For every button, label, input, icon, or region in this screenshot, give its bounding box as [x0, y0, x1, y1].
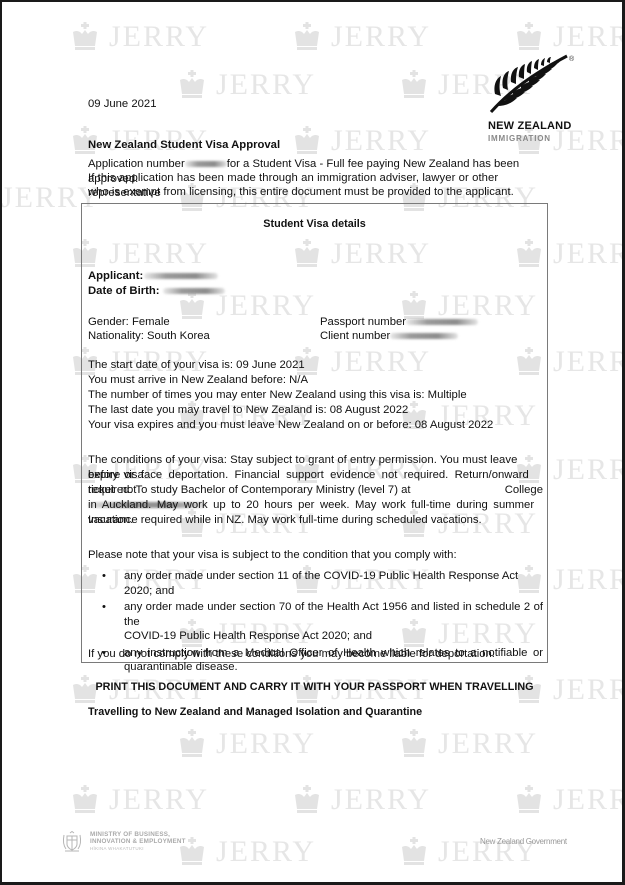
date-line-expiry: Your visa expires and you must leave New… [88, 418, 493, 433]
date-line-entries: The number of times you may enter New Ze… [88, 388, 467, 403]
dob-redacted [163, 288, 225, 294]
client-label: Client number [320, 330, 390, 342]
conditions-line-5: Insurance required while in NZ. May work… [88, 513, 482, 528]
bullet-line: any order made under section 11 of the C… [124, 569, 543, 598]
applicant-label: Applicant: [88, 270, 143, 282]
crown-icon [399, 729, 429, 759]
watermark: JERRY [514, 785, 625, 815]
watermark: JERRY [292, 22, 431, 52]
letter-title: New Zealand Student Visa Approval [88, 138, 280, 153]
watermark-text: JERRY [553, 565, 625, 595]
crown-icon [177, 70, 207, 100]
ministry-line-1: MINISTRY OF BUSINESS, [90, 831, 186, 838]
date-line-arrive: You must arrive in New Zealand before: N… [88, 373, 308, 388]
crown-icon [292, 22, 322, 52]
date-line-last-travel: The last date you may travel to New Zeal… [88, 403, 408, 418]
watermark-text: JERRY [109, 22, 209, 52]
watermark-text: JERRY [553, 22, 625, 52]
crown-icon [399, 70, 429, 100]
crown-icon [177, 729, 207, 759]
application-number-redacted [185, 161, 227, 167]
watermark-text: JERRY [553, 239, 625, 269]
crown-icon [514, 785, 544, 815]
ministry-maori-name: HĪKINA WHAKATUTUKI [90, 846, 186, 851]
crown-icon [292, 126, 322, 156]
watermark-text: JERRY [331, 126, 431, 156]
conditions-study-text: required. To study Bachelor of Contempor… [88, 484, 411, 496]
mbie-footer-logo: MINISTRY OF BUSINESS, INNOVATION & EMPLO… [60, 831, 186, 853]
bullet-line: any order made under section 70 of the H… [124, 600, 543, 629]
application-number-label: Application number [88, 158, 185, 170]
watermark: JERRY [177, 837, 316, 867]
watermark: JERRY [514, 22, 625, 52]
ministry-line-2: INNOVATION & EMPLOYMENT [90, 838, 186, 845]
watermark-text: JERRY [216, 837, 316, 867]
passport-label: Passport number [320, 316, 406, 328]
crown-icon [70, 22, 100, 52]
passport-row: Passport number [320, 315, 478, 330]
dob-row: Date of Birth: [88, 284, 225, 299]
watermark-text: JERRY [553, 347, 625, 377]
crown-icon [514, 22, 544, 52]
gender: Gender: Female [88, 315, 170, 330]
bullet-line: quarantinable disease. [124, 660, 543, 675]
watermark-text: JERRY [438, 729, 538, 759]
conditions-bullet-item: •any order made under section 70 of the … [88, 600, 543, 644]
letter-date: 09 June 2021 [88, 97, 156, 112]
client-redacted [390, 333, 458, 339]
applicant-redacted [144, 273, 218, 279]
watermark-text: JERRY [553, 785, 625, 815]
passport-redacted [406, 319, 478, 325]
logo-name: NEW ZEALAND [488, 120, 571, 132]
crown-icon [70, 785, 100, 815]
section-heading-travel: Travelling to New Zealand and Managed Is… [88, 705, 422, 720]
watermark-text: JERRY [216, 70, 316, 100]
nz-government-label: New Zealand Government [480, 837, 567, 846]
client-row: Client number [320, 329, 458, 344]
watermark-text: JERRY [553, 455, 625, 485]
silver-fern-icon [489, 54, 571, 116]
watermark: JERRY [292, 785, 431, 815]
bullet-icon: • [102, 569, 106, 584]
print-notice: PRINT THIS DOCUMENT AND CARRY IT WITH YO… [81, 680, 548, 695]
applicant-row: Applicant: [88, 269, 218, 284]
logo-subtitle: IMMIGRATION [488, 134, 551, 143]
dob-label: Date of Birth: [88, 285, 160, 297]
watermark-text: JERRY [553, 675, 625, 705]
registered-mark: ® [569, 56, 574, 63]
crown-icon [399, 837, 429, 867]
watermark: JERRY [399, 729, 538, 759]
watermark-text: JERRY [331, 785, 431, 815]
watermark-text: JERRY [216, 729, 316, 759]
date-line-start: The start date of your visa is: 09 June … [88, 358, 305, 373]
document-page: JERRYJERRYJERRYJERRYJERRYJERRYJERRYJERRY… [0, 0, 625, 885]
intro-line-3: who is exempt from licensing, this entir… [88, 185, 514, 200]
nationality: Nationality: South Korea [88, 329, 210, 344]
bullet-line: COVID-19 Public Health Response Act 2020… [124, 629, 543, 644]
nz-immigration-logo: ® NEW ZEALAND IMMIGRATION [485, 52, 585, 147]
coat-of-arms-icon [60, 831, 84, 853]
watermark-text: JERRY [109, 785, 209, 815]
crown-icon [292, 785, 322, 815]
details-heading: Student Visa details [81, 217, 548, 232]
watermark: JERRY [70, 785, 209, 815]
conditions-bullet-item: •any order made under section 11 of the … [88, 569, 543, 598]
watermark: JERRY [70, 22, 209, 52]
watermark-text: JERRY [331, 22, 431, 52]
bullet-icon: • [102, 600, 106, 615]
watermark: JERRY [292, 126, 431, 156]
watermark: JERRY [177, 729, 316, 759]
note-outro: If you do not comply with these conditio… [88, 647, 495, 662]
watermark: JERRY [177, 70, 316, 100]
note-intro: Please note that your visa is subject to… [88, 548, 457, 563]
